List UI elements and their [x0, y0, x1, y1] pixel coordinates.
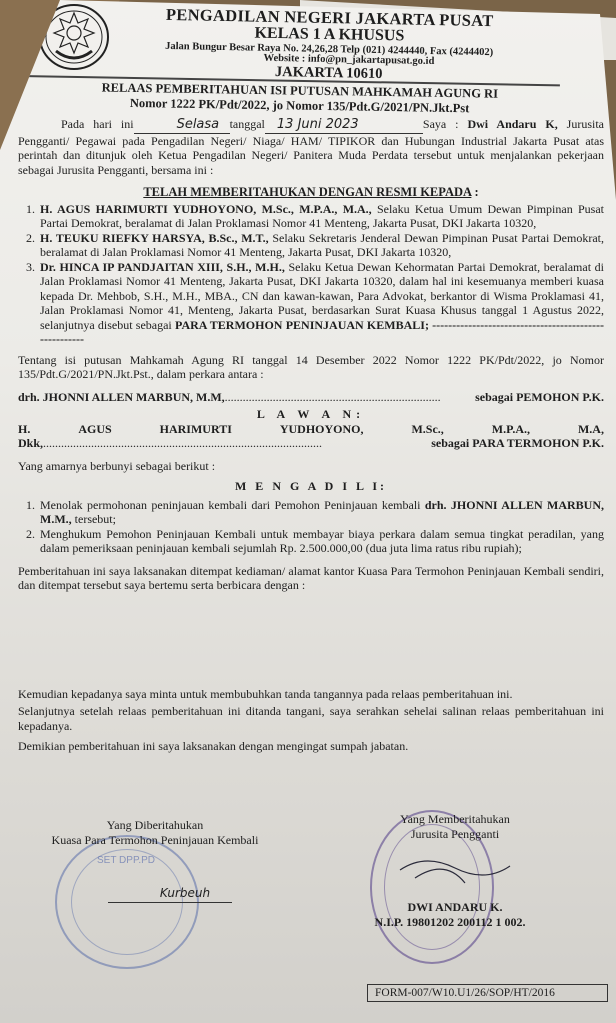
respondent-line: Dkk,....................................…	[18, 436, 604, 451]
form-code: FORM-007/W10.U1/26/SOP/HT/2016	[367, 984, 608, 1002]
delivery-paragraph: Pemberitahuan ini saya laksanakan ditemp…	[18, 564, 604, 593]
verdict-heading: M E N G A D I L I:	[18, 479, 604, 494]
petitioner-line: drh. JHONNI ALLEN MARBUN, M.M,..........…	[18, 390, 604, 405]
copy-paragraph: Selanjutnya setelah relaas pemberitahuan…	[18, 704, 604, 733]
document-body: Pada hari iniSelasatanggal13 Juni 2023Sa…	[18, 117, 604, 754]
opening-paragraph: Pada hari iniSelasatanggal13 Juni 2023Sa…	[18, 117, 604, 177]
signature-request: Kemudian kepadanya saya minta untuk memb…	[18, 687, 604, 702]
verdict-item: Menghukum Pemohon Peninjauan Kembali unt…	[38, 527, 604, 556]
decision-intro: Tentang isi putusan Mahkamah Agung RI ta…	[18, 353, 604, 382]
document-page: PENGADILAN NEGERI JAKARTA PUSAT KELAS 1 …	[0, 0, 616, 1023]
officer-name: Dwi Andaru K,	[467, 117, 557, 131]
letterhead: PENGADILAN NEGERI JAKARTA PUSAT KELAS 1 …	[119, 4, 540, 86]
verdict-intro: Yang amarnya berbunyi sebagai berikut :	[18, 459, 604, 474]
officer-nip: N.I.P. 19801202 200112 1 002.	[350, 915, 550, 930]
recipient-item: H. AGUS HARIMURTI YUDHOYONO, M.Sc., M.P.…	[38, 202, 604, 231]
recipient-signature-block: Yang Diberitahukan Kuasa Para Termohon P…	[20, 818, 290, 903]
recipient-list: H. AGUS HARIMURTI YUDHOYONO, M.Sc., M.P.…	[18, 202, 604, 347]
recipient-item: Dr. HINCA IP PANDJAITAN XIII, S.H., M.H.…	[38, 260, 604, 347]
verdict-item: Menolak permohonan peninjauan kembali da…	[38, 498, 604, 527]
recipient-signature: Kurbeuh	[80, 886, 290, 900]
respondent-name: H.AGUSHARIMURTIYUDHOYONO,M.Sc.,M.P.A.,M.…	[18, 422, 604, 437]
signature-line	[108, 902, 232, 903]
notice-heading: TELAH MEMBERITAHUKAN DENGAN RESMI KEPADA…	[18, 185, 604, 200]
officer-signature-block: Yang Memberitahukan Jurusita Pengganti D…	[360, 812, 550, 930]
verdict-list: Menolak permohonan peninjauan kembali da…	[18, 498, 604, 556]
officer-signature-scribble	[395, 848, 515, 888]
document-title: RELAAS PEMBERITAHUAN ISI PUTUSAN MAHKAMA…	[70, 80, 530, 117]
officer-name-signature: DWI ANDARU K.	[360, 900, 550, 915]
handwritten-day: Selasa	[177, 117, 220, 132]
closing-paragraph: Demikian pemberitahuan ini saya laksanak…	[18, 739, 604, 754]
recipient-item: H. TEUKU RIEFKY HARSYA, B.Sc., M.T., Sel…	[38, 231, 604, 260]
versus-label: L A W A N:	[18, 407, 604, 422]
handwritten-date: 13 Juni 2023	[265, 117, 359, 132]
